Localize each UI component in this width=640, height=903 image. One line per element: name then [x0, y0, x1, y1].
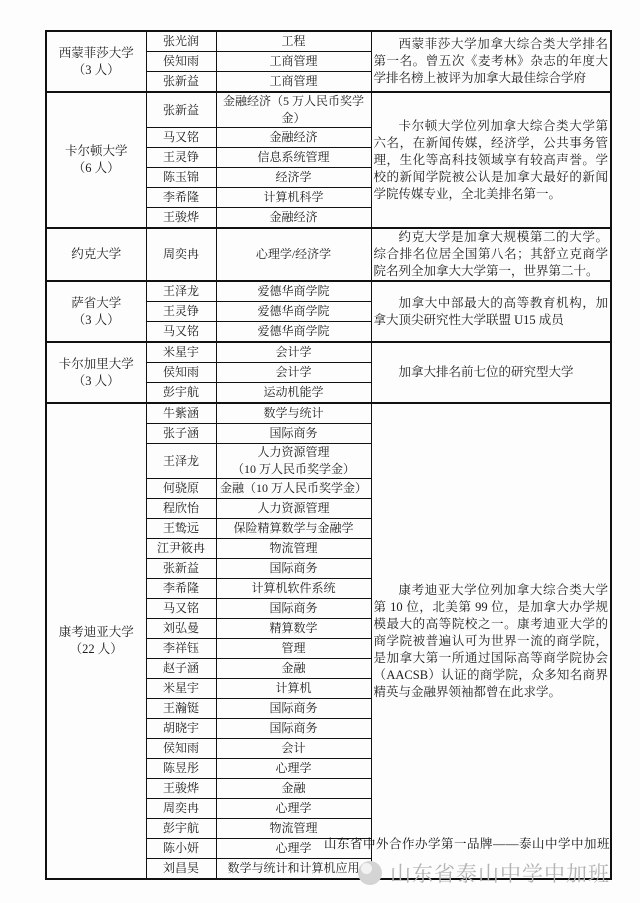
- table-row: 约克大学周奕冉心理学/经济学约克大学是加拿大规模第二的大学。综合排名位居全国第八…: [46, 228, 611, 281]
- student-name-cell: 张子涵: [146, 424, 216, 444]
- student-name-cell: 王瀚铤: [146, 699, 216, 719]
- student-name-cell: 赵子涵: [146, 659, 216, 679]
- school-account-logo-icon: [358, 861, 382, 885]
- table-row: 卡尔加里大学 （3 人）米星宇会计学加拿大排名前七位的研究型大学: [46, 342, 611, 363]
- major-cell: 心理学/经济学: [216, 228, 371, 281]
- table-row: 卡尔顿大学 （6 人）张新益金融经济（5 万人民币奖学金）卡尔顿大学位列加拿大综…: [46, 92, 611, 128]
- university-cell: 西蒙菲莎大学 （3 人）: [46, 31, 146, 92]
- student-name-cell: 马又铭: [146, 128, 216, 148]
- major-cell: 爱德华商学院: [216, 302, 371, 322]
- table-caption: 山东省中外合作办学第一品牌——泰山中学中加班: [45, 834, 610, 852]
- university-cell: 卡尔顿大学 （6 人）: [46, 92, 146, 228]
- major-cell: 心理学: [216, 799, 371, 819]
- major-cell: 物流管理: [216, 539, 371, 559]
- student-name-cell: 李希隆: [146, 579, 216, 599]
- student-name-cell: 程欣怡: [146, 499, 216, 519]
- major-cell: 爱德华商学院: [216, 281, 371, 302]
- major-cell: 会计学: [216, 342, 371, 363]
- university-description-cell: 加拿大排名前七位的研究型大学: [371, 342, 611, 403]
- student-name-cell: 米星宇: [146, 342, 216, 363]
- major-cell: 工商管理: [216, 72, 371, 93]
- university-cell: 康考迪亚大学 （22 人）: [46, 403, 146, 879]
- major-cell: 国际商务: [216, 719, 371, 739]
- student-name-cell: 王骏烨: [146, 779, 216, 799]
- major-cell: 国际商务: [216, 699, 371, 719]
- table-row: 康考迪亚大学 （22 人）牛紫涵数学与统计康考迪亚大学位列加拿大综合类大学第 1…: [46, 403, 611, 424]
- major-cell: 精算数学: [216, 619, 371, 639]
- student-name-cell: 王泽龙: [146, 444, 216, 479]
- student-name-cell: 陈昱彤: [146, 759, 216, 779]
- major-cell: 金融（10 万人民币奖学金）: [216, 479, 371, 499]
- major-cell: 金融经济: [216, 128, 371, 148]
- student-name-cell: 张光润: [146, 31, 216, 52]
- university-description-cell: 西蒙菲莎大学加拿大综合类大学排名第一名。曾五次《麦考林》杂志的年度大学排名榜上被…: [371, 31, 611, 92]
- university-cell: 约克大学: [46, 228, 146, 281]
- student-name-cell: 侯知雨: [146, 739, 216, 759]
- student-name-cell: 胡晓宇: [146, 719, 216, 739]
- major-cell: 金融经济（5 万人民币奖学金）: [216, 92, 371, 128]
- major-cell: 人力资源管理 （10 万人民币奖学金）: [216, 444, 371, 479]
- student-name-cell: 王灵铮: [146, 148, 216, 168]
- student-name-cell: 张新益: [146, 92, 216, 128]
- student-name-cell: 王鸷远: [146, 519, 216, 539]
- student-name-cell: 彭宇航: [146, 383, 216, 404]
- watermark: 山东省泰山中学中加班: [45, 858, 610, 888]
- major-cell: 国际商务: [216, 424, 371, 444]
- university-description-cell: 康考迪亚大学位列加拿大综合类大学第 10 位，北美第 99 位，是加拿大办学规模…: [371, 403, 611, 879]
- major-cell: 运动机能学: [216, 383, 371, 404]
- watermark-text: 山东省泰山中学中加班: [390, 863, 610, 886]
- student-name-cell: 米星宇: [146, 679, 216, 699]
- major-cell: 工商管理: [216, 52, 371, 72]
- student-name-cell: 侯知雨: [146, 52, 216, 72]
- student-name-cell: 陈玉锦: [146, 168, 216, 188]
- major-cell: 国际商务: [216, 599, 371, 619]
- student-name-cell: 牛紫涵: [146, 403, 216, 424]
- student-name-cell: 张新益: [146, 559, 216, 579]
- admissions-table-body: 西蒙菲莎大学 （3 人）张光润工程西蒙菲莎大学加拿大综合类大学排名第一名。曾五次…: [46, 31, 611, 879]
- major-cell: 信息系统管理: [216, 148, 371, 168]
- major-cell: 计算机: [216, 679, 371, 699]
- major-cell: 计算机科学: [216, 188, 371, 208]
- student-name-cell: 马又铭: [146, 599, 216, 619]
- student-name-cell: 侯知雨: [146, 363, 216, 383]
- document-page: 西蒙菲莎大学 （3 人）张光润工程西蒙菲莎大学加拿大综合类大学排名第一名。曾五次…: [0, 0, 640, 903]
- major-cell: 心理学: [216, 759, 371, 779]
- major-cell: 人力资源管理: [216, 499, 371, 519]
- major-cell: 工程: [216, 31, 371, 52]
- student-name-cell: 何骁原: [146, 479, 216, 499]
- major-cell: 经济学: [216, 168, 371, 188]
- major-cell: 会计学: [216, 363, 371, 383]
- major-cell: 数学与统计: [216, 403, 371, 424]
- student-name-cell: 王灵铮: [146, 302, 216, 322]
- university-cell: 萨省大学 （3 人）: [46, 281, 146, 342]
- university-description-cell: 加拿大中部最大的高等教育机构，加拿大顶尖研究性大学联盟 U15 成员: [371, 281, 611, 342]
- student-name-cell: 周奕冉: [146, 228, 216, 281]
- university-description-cell: 卡尔顿大学位列加拿大综合类大学第六名，在新闻传媒，经济学，公共事务管理，生化等高…: [371, 92, 611, 228]
- major-cell: 保险精算数学与金融学: [216, 519, 371, 539]
- major-cell: 金融经济: [216, 208, 371, 229]
- admissions-table: 西蒙菲莎大学 （3 人）张光润工程西蒙菲莎大学加拿大综合类大学排名第一名。曾五次…: [45, 30, 612, 880]
- major-cell: 计算机软件系统: [216, 579, 371, 599]
- major-cell: 爱德华商学院: [216, 322, 371, 343]
- student-name-cell: 张新益: [146, 72, 216, 93]
- student-name-cell: 王泽龙: [146, 281, 216, 302]
- table-row: 萨省大学 （3 人）王泽龙爱德华商学院加拿大中部最大的高等教育机构，加拿大顶尖研…: [46, 281, 611, 302]
- major-cell: 管理: [216, 639, 371, 659]
- student-name-cell: 李祥钰: [146, 639, 216, 659]
- major-cell: 金融: [216, 779, 371, 799]
- major-cell: 国际商务: [216, 559, 371, 579]
- student-name-cell: 周奕冉: [146, 799, 216, 819]
- student-name-cell: 江尹筱冉: [146, 539, 216, 559]
- major-cell: 金融: [216, 659, 371, 679]
- student-name-cell: 马又铭: [146, 322, 216, 343]
- student-name-cell: 李希隆: [146, 188, 216, 208]
- university-description-cell: 约克大学是加拿大规模第二的大学。综合排名位居全国第八名；其舒立克商学院名列全加拿…: [371, 228, 611, 281]
- major-cell: 会计: [216, 739, 371, 759]
- student-name-cell: 刘弘曼: [146, 619, 216, 639]
- student-name-cell: 王骏烨: [146, 208, 216, 229]
- table-row: 西蒙菲莎大学 （3 人）张光润工程西蒙菲莎大学加拿大综合类大学排名第一名。曾五次…: [46, 31, 611, 52]
- university-cell: 卡尔加里大学 （3 人）: [46, 342, 146, 403]
